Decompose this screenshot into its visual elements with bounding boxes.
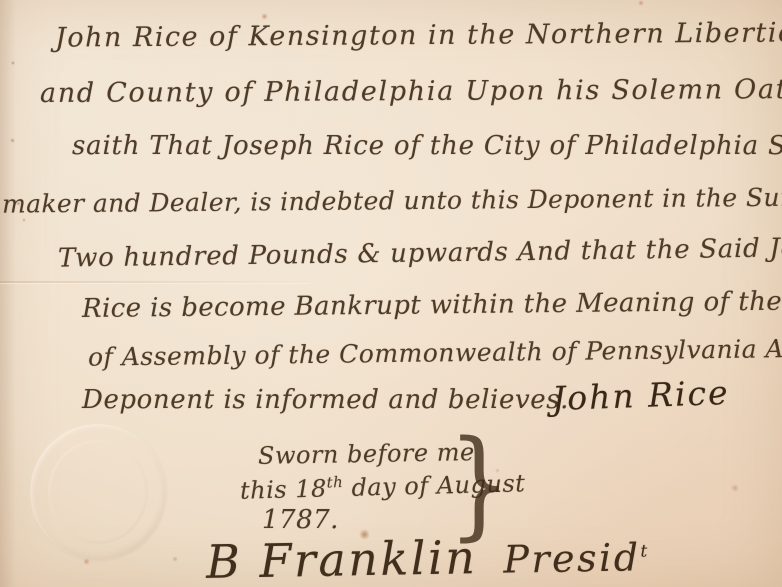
foxing-spot bbox=[22, 218, 26, 222]
document-line-1: John Rice of Kensington in the Northern … bbox=[55, 17, 782, 53]
foxing-spot bbox=[172, 556, 178, 562]
attestation-date-prefix: this 18 bbox=[240, 474, 327, 504]
foxing-spot bbox=[10, 138, 15, 143]
document-line-4: maker and Dealer, is indebted unto this … bbox=[2, 182, 782, 218]
attestation-brace: } bbox=[448, 424, 512, 542]
foxing-spot bbox=[11, 61, 15, 65]
document-line-5: Two hundred Pounds & upwards And that th… bbox=[58, 232, 782, 273]
embossed-seal-inner-ring bbox=[48, 440, 148, 544]
document-line-8: Deponent is informed and believes. bbox=[82, 385, 569, 415]
document-line-2: and County of Philadelphia Upon his Sole… bbox=[40, 74, 782, 109]
foxing-spot bbox=[261, 13, 268, 20]
document-line-6: Rice is become Bankrupt within the Meani… bbox=[82, 286, 782, 324]
deponent-signature: John Rice bbox=[551, 373, 730, 418]
left-edge-shadow bbox=[0, 0, 16, 587]
manuscript-page: John Rice of Kensington in the Northern … bbox=[0, 0, 782, 587]
official-signature-name: B Franklin bbox=[206, 530, 478, 587]
foxing-spot bbox=[731, 484, 739, 492]
official-signature: B FranklinPresidt bbox=[206, 527, 651, 587]
document-line-7: of Assembly of the Commonwealth of Penns… bbox=[88, 333, 782, 371]
document-line-3: saith That Joseph Rice of the City of Ph… bbox=[72, 131, 782, 161]
attestation-date-ordinal: th bbox=[326, 473, 343, 491]
attestation-year-line: 1787. bbox=[262, 505, 339, 535]
foxing-spot bbox=[83, 558, 90, 565]
official-signature-title-superscript: t bbox=[640, 541, 650, 561]
horizontal-fold-crease bbox=[0, 281, 310, 283]
official-signature-title: Presidt bbox=[503, 535, 650, 582]
embossed-seal bbox=[30, 424, 166, 560]
attestation-sworn-line: Sworn before me bbox=[258, 438, 475, 470]
foxing-spot bbox=[638, 0, 644, 6]
